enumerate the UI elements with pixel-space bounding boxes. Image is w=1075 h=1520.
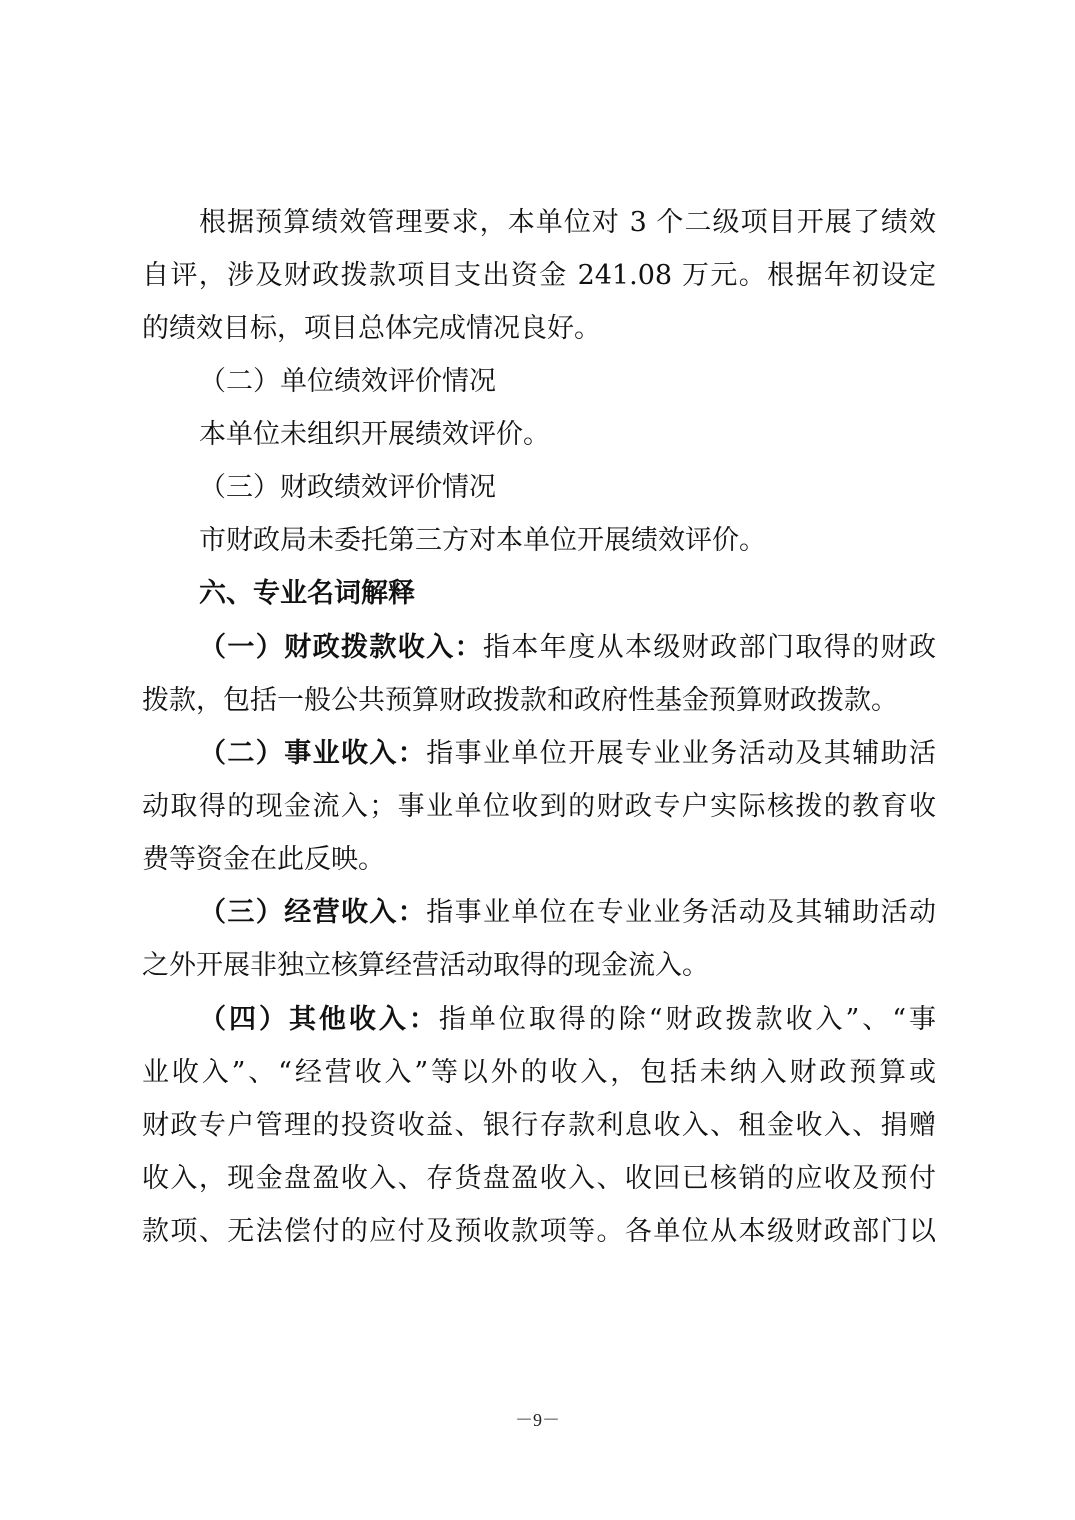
- term-line: 款项、无法偿付的应付及预收款项等。各单位从本级财政部门以: [142, 1212, 936, 1252]
- chapter-heading-terms: 六、专业名词解释: [199, 574, 936, 614]
- section-body-finance-eval: 市财政局未委托第三方对本单位开展绩效评价。: [199, 521, 936, 561]
- term-line: （四）其他收入：指单位取得的除“财政拨款收入”、“事: [199, 1000, 936, 1040]
- term-definition: 指事业单位开展专业业务活动及其辅助活: [426, 738, 936, 769]
- term-label: （二）事业收入：: [199, 738, 426, 769]
- term-label: （四）其他收入：: [199, 1004, 439, 1035]
- section-heading-finance-eval: （三）财政绩效评价情况: [199, 468, 936, 508]
- term-line: （一）财政拨款收入：指本年度从本级财政部门取得的财政: [199, 628, 936, 668]
- term-label: （三）经营收入：: [199, 897, 426, 928]
- term-definition: 指本年度从本级财政部门取得的财政: [483, 632, 936, 663]
- term-line: 拨款，包括一般公共预算财政拨款和政府性基金预算财政拨款。: [142, 681, 936, 721]
- term-line: （二）事业收入：指事业单位开展专业业务活动及其辅助活: [199, 734, 936, 774]
- term-line: 财政专户管理的投资收益、银行存款利息收入、租金收入、捐赠: [142, 1106, 936, 1146]
- document-page: 根据预算绩效管理要求，本单位对 3 个二级项目开展了绩效 自评，涉及财政拨款项目…: [0, 0, 1075, 1520]
- term-line: 费等资金在此反映。: [142, 840, 936, 880]
- term-line: 之外开展非独立核算经营活动取得的现金流入。: [142, 946, 936, 986]
- section-body-unit-eval: 本单位未组织开展绩效评价。: [199, 415, 936, 455]
- page-number: －9－: [0, 1406, 1075, 1432]
- paragraph-line: 自评，涉及财政拨款项目支出资金 241.08 万元。根据年初设定: [142, 256, 936, 296]
- term-line: 收入，现金盘盈收入、存货盘盈收入、收回已核销的应收及预付: [142, 1159, 936, 1199]
- section-heading-unit-eval: （二）单位绩效评价情况: [199, 362, 936, 402]
- term-definition: 指事业单位在专业业务活动及其辅助活动: [426, 897, 936, 928]
- paragraph-line: 根据预算绩效管理要求，本单位对 3 个二级项目开展了绩效: [199, 203, 936, 243]
- term-definition: 指单位取得的除“财政拨款收入”、“事: [439, 1004, 936, 1035]
- term-line: （三）经营收入：指事业单位在专业业务活动及其辅助活动: [199, 893, 936, 933]
- term-line: 业收入”、“经营收入”等以外的收入，包括未纳入财政预算或: [142, 1053, 936, 1093]
- term-label: （一）财政拨款收入：: [199, 632, 483, 663]
- term-line: 动取得的现金流入；事业单位收到的财政专户实际核拨的教育收: [142, 787, 936, 827]
- paragraph-line: 的绩效目标，项目总体完成情况良好。: [142, 309, 936, 349]
